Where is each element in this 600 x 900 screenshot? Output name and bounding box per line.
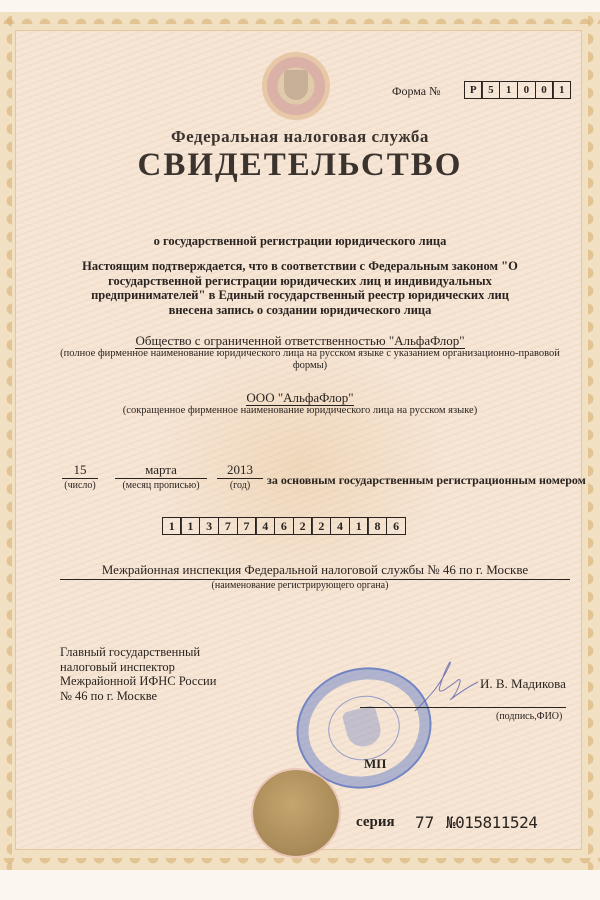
- registration-month: марта (месяц прописью): [115, 462, 207, 491]
- company-full-name-value: Общество с ограниченной ответственностью…: [135, 333, 464, 349]
- ogrn-number-boxes: 1 1 3 7 7 4 6 2 2 4 1 8 6: [163, 517, 406, 535]
- gold-hologram-seal-icon: [253, 770, 339, 856]
- signatory-position-line: налоговый инспектор: [60, 660, 216, 675]
- confirmation-text: Настоящим подтверждается, что в соответс…: [80, 259, 520, 317]
- signatory-name: И. В. Мадикова: [480, 676, 566, 692]
- registration-month-value: марта: [115, 462, 207, 479]
- ogrn-cell: 2: [293, 517, 313, 535]
- series-number: 77: [415, 813, 434, 832]
- registration-year-hint: (год): [217, 480, 263, 491]
- registration-day-value: 15: [62, 462, 98, 479]
- form-number-cell: 1: [499, 81, 518, 99]
- ogrn-cell: 4: [330, 517, 350, 535]
- registration-number-caption: за основным государственным регистрацион…: [267, 473, 586, 488]
- ogrn-cell: 7: [218, 517, 238, 535]
- registration-year: 2013 (год): [217, 462, 263, 491]
- registration-day-hint: (число): [62, 480, 98, 491]
- stamp-place-mark: МП: [364, 756, 386, 772]
- company-short-name-hint: (сокращенное фирменное наименование юрид…: [0, 405, 600, 416]
- signatory-position: Главный государственный налоговый инспек…: [60, 645, 216, 703]
- registering-authority: Межрайонная инспекция Федеральной налого…: [60, 562, 570, 580]
- ogrn-cell: 3: [199, 517, 219, 535]
- registration-month-hint: (месяц прописью): [115, 480, 207, 491]
- series-label: серия: [356, 814, 395, 831]
- serial-number: №015811524: [446, 813, 537, 832]
- signatory-position-line: Главный государственный: [60, 645, 216, 660]
- ogrn-cell: 4: [255, 517, 275, 535]
- ogrn-cell: 2: [311, 517, 331, 535]
- registering-authority-hint: (наименование регистрирующего органа): [0, 580, 600, 591]
- document-subtitle: о государственной регистрации юридическо…: [0, 234, 600, 249]
- form-number-cell: 1: [552, 81, 571, 99]
- ogrn-cell: 1: [349, 517, 369, 535]
- ogrn-cell: 1: [162, 517, 182, 535]
- ogrn-cell: 8: [367, 517, 387, 535]
- company-full-name: Общество с ограниченной ответственностью…: [0, 333, 600, 349]
- company-short-name: ООО "АльфаФлор": [0, 390, 600, 406]
- form-number-boxes: Р 5 1 0 0 1: [465, 81, 571, 99]
- form-number-cell: Р: [464, 81, 483, 99]
- registration-year-value: 2013: [217, 462, 263, 479]
- document-title: СВИДЕТЕЛЬСТВО: [0, 147, 600, 184]
- company-short-name-value: ООО "АльфаФлор": [246, 390, 353, 406]
- ogrn-cell: 7: [237, 517, 257, 535]
- form-number-cell: 0: [517, 81, 536, 99]
- ogrn-cell: 1: [180, 517, 200, 535]
- form-number-cell: 5: [481, 81, 500, 99]
- ogrn-cell: 6: [386, 517, 406, 535]
- registration-day: 15 (число): [62, 462, 98, 491]
- form-number-cell: 0: [535, 81, 554, 99]
- coat-of-arms-emblem-icon: [262, 52, 330, 120]
- form-number-label: Форма №: [392, 84, 441, 99]
- ogrn-cell: 6: [274, 517, 294, 535]
- agency-name: Федеральная налоговая служба: [0, 127, 600, 147]
- company-full-name-hint: (полное фирменное наименование юридическ…: [60, 348, 560, 372]
- signature-hint: (подпись,ФИО): [496, 711, 562, 722]
- signatory-position-line: № 46 по г. Москве: [60, 689, 216, 704]
- signature-line: [360, 707, 566, 708]
- signatory-position-line: Межрайонной ИФНС России: [60, 674, 216, 689]
